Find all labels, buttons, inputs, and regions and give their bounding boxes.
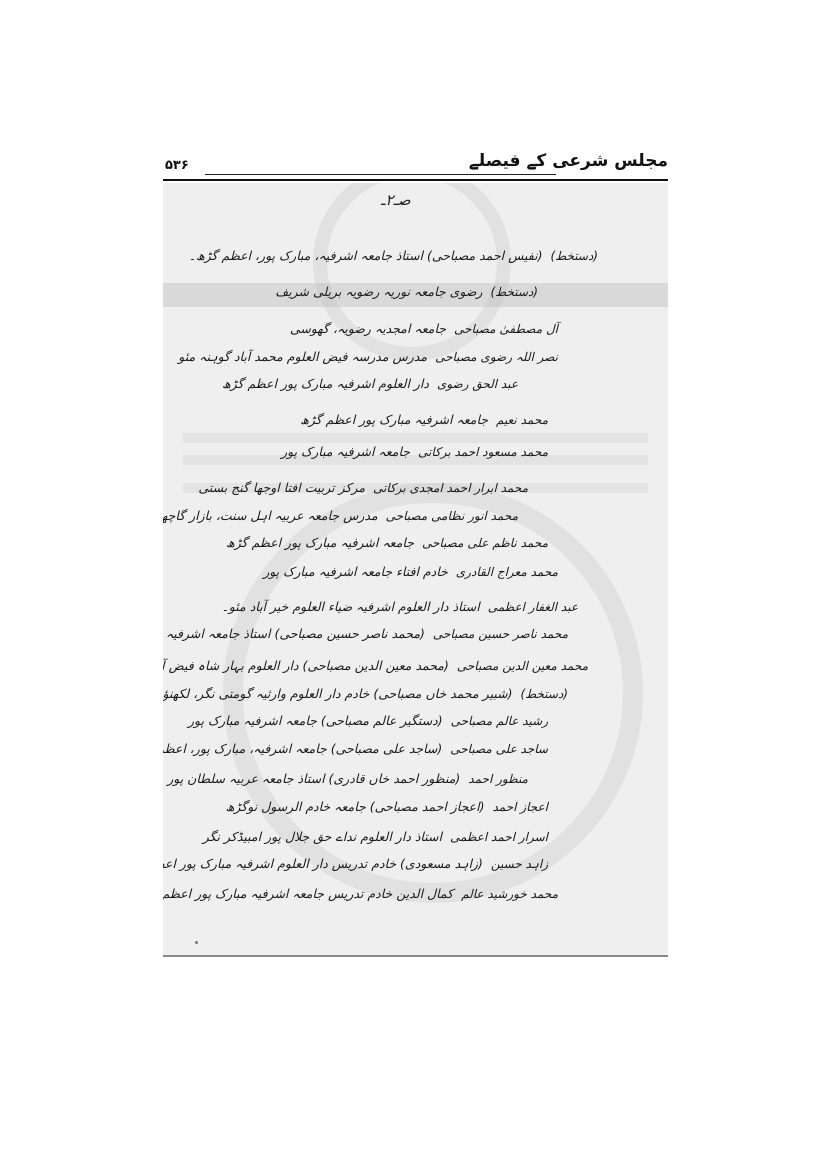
- signatory-name: محمد مسعود احمد برکاتی: [418, 445, 548, 459]
- signature-entry: اعجاز احمد(اعجاز احمد مصباحی) جامعہ خادم…: [163, 796, 668, 815]
- signature-entry: محمد ابرار احمد امجدی برکاتیمرکز تربیت ا…: [163, 477, 668, 496]
- signatory-affiliation: (منظور احمد خاں قادری) استاذ جامعہ عربیہ…: [167, 771, 460, 786]
- signature-entry: ساجد علی مصباحی(ساجد علی مصباحی) جامعہ ا…: [163, 738, 668, 757]
- signatory-affiliation: خادم افتاء جامعہ اشرفیہ مبارک پور: [263, 564, 448, 579]
- signatory-name: اسرار احمد اعظمی: [450, 830, 548, 844]
- serial-mark: صـ۲ـ: [381, 191, 411, 209]
- signatory-name: محمد ناصر حسین مصباحی: [433, 627, 568, 641]
- signature-entry: محمد مسعود احمد برکاتیجامعہ اشرفیہ مبارک…: [163, 441, 668, 460]
- signatory-affiliation: کمال الدین خادم تدریس جامعہ اشرفیہ مبارک…: [163, 886, 453, 901]
- signatory-affiliation: (اعجاز احمد مصباحی) جامعہ خادم الرسول نو…: [226, 799, 485, 814]
- signatory-affiliation: استاذ دار العلوم اشرفیہ ضیاء العلوم خیر …: [221, 599, 479, 614]
- signatory-name: عبد الحق رضوی: [437, 377, 518, 391]
- signature-entry: محمد معراج القادریخادم افتاء جامعہ اشرفی…: [163, 561, 668, 580]
- page-header: مجلس شرعی کے فیصلے ۵۳۶: [163, 148, 668, 178]
- page-number: ۵۳۶: [165, 158, 189, 173]
- signatory-affiliation: مدرس مدرسہ فیض العلوم محمد آباد گوہنہ مئ…: [178, 349, 427, 364]
- signature-entry: (دستخط)رضوی جامعہ نوریہ رضویہ بریلی شریف: [163, 281, 668, 300]
- signatory-affiliation: (ساجد علی مصباحی) جامعہ اشرفیہ، مبارک پو…: [163, 741, 442, 756]
- signatory-name: محمد نعیم: [496, 413, 548, 427]
- signatory-name: ساجد علی مصباحی: [450, 742, 548, 756]
- signatory-affiliation: (شبیر محمد خاں مصباحی) خادم دار العلوم و…: [163, 686, 512, 701]
- signature-entry: محمد خورشید عالمکمال الدین خادم تدریس جا…: [163, 883, 668, 902]
- signatory-affiliation: (محمد معین الدین مصباحی) دار العلوم بہار…: [163, 658, 449, 673]
- signatory-name: رشید عالم مصباحی: [451, 714, 548, 728]
- signature-entry: زاہد حسین(زاہد مسعودی) خادم تدریس دار ال…: [163, 853, 668, 872]
- signatory-affiliation: جامعہ اشرفیہ مبارک پور اعظم گڑھ: [226, 535, 414, 550]
- signatory-affiliation: دار العلوم اشرفیہ مبارک پور اعظم گڑھ: [222, 376, 429, 391]
- signatory-affiliation: جامعہ اشرفیہ مبارک پور: [281, 444, 410, 459]
- signature-entry: منظور احمد(منظور احمد خاں قادری) استاذ ج…: [163, 768, 668, 787]
- signatory-name: (دستخط): [490, 285, 538, 299]
- signature-entry: محمد ناظم علی مصباحیجامعہ اشرفیہ مبارک پ…: [163, 532, 668, 551]
- signatory-name: محمد انور نظامی مصباحی: [386, 509, 518, 523]
- signatory-name: زاہد حسین: [491, 857, 548, 871]
- signatory-affiliation: مدرس جامعہ عربیہ اہل سنت، بازار گاچھ: [163, 508, 378, 523]
- signature-entry: محمد نعیمجامعہ اشرفیہ مبارک پور اعظم گڑھ: [163, 409, 668, 428]
- signatory-affiliation: جامعہ اشرفیہ مبارک پور اعظم گڑھ: [300, 412, 488, 427]
- signature-entry: (دستخط)(شبیر محمد خاں مصباحی) خادم دار ا…: [163, 683, 668, 702]
- book-title: مجلس شرعی کے فیصلے: [469, 150, 668, 171]
- scan-speck: [195, 941, 198, 944]
- signatory-affiliation: (محمد ناصر حسین مصباحی) استاذ جامعہ اشرف…: [163, 626, 425, 641]
- signatory-name: محمد معراج القادری: [456, 565, 558, 579]
- signatory-affiliation: رضوی جامعہ نوریہ رضویہ بریلی شریف: [275, 284, 482, 299]
- signature-entry: محمد ناصر حسین مصباحی(محمد ناصر حسین مصب…: [163, 623, 668, 642]
- signature-entry: محمد معین الدین مصباحی(محمد معین الدین م…: [163, 655, 668, 674]
- scanned-document: صـ۲ـ (دستخط)(نفیس احمد مصباحی) استاذ جام…: [163, 183, 668, 957]
- signature-entry: محمد انور نظامی مصباحیمدرس جامعہ عربیہ ا…: [163, 505, 668, 524]
- signature-entry: آل مصطفیٰ مصباحیجامعہ امجدیہ رضویہ، گھوس…: [163, 318, 668, 337]
- header-rule: [163, 179, 668, 181]
- signatory-name: عبد الغفار اعظمی: [488, 600, 578, 614]
- signature-entry: عبد الحق رضویدار العلوم اشرفیہ مبارک پور…: [163, 373, 668, 392]
- signature-entry: عبد الغفار اعظمیاستاذ دار العلوم اشرفیہ …: [163, 596, 668, 615]
- signatory-name: آل مصطفیٰ مصباحی: [454, 322, 558, 336]
- signatory-name: اعجاز احمد: [493, 800, 549, 814]
- signatory-affiliation: (نفیس احمد مصباحی) استاذ جامعہ اشرفیہ، م…: [189, 248, 543, 263]
- signatory-name: محمد ناظم علی مصباحی: [422, 536, 548, 550]
- signature-entry: اسرار احمد اعظمیاستاذ دار العلوم نداے حق…: [163, 826, 668, 845]
- header-line: [205, 174, 556, 175]
- signatory-name: محمد خورشید عالم: [461, 887, 558, 901]
- signature-entry: رشید عالم مصباحی(دستگیر عالم مصباحی) جام…: [163, 710, 668, 729]
- signatory-name: (دستخط): [520, 687, 568, 701]
- signatory-name: محمد معین الدین مصباحی: [457, 659, 588, 673]
- signatory-name: منظور احمد: [468, 772, 528, 786]
- signatory-affiliation: (زاہد مسعودی) خادم تدریس دار العلوم اشرف…: [163, 856, 483, 871]
- signatory-name: محمد ابرار احمد امجدی برکاتی: [373, 481, 528, 495]
- signatory-affiliation: مرکز تربیت افتا اوجھا گنج بستی: [198, 480, 365, 495]
- signatory-name: (دستخط): [550, 249, 598, 263]
- signatory-affiliation: (دستگیر عالم مصباحی) جامعہ اشرفیہ مبارک …: [188, 713, 443, 728]
- signature-entry: نصر اللہ رضوی مصباحیمدرس مدرسہ فیض العلو…: [163, 346, 668, 365]
- signatory-affiliation: استاذ دار العلوم نداے حق جلال پور امبیڈک…: [203, 829, 442, 844]
- signatory-name: نصر اللہ رضوی مصباحی: [435, 350, 558, 364]
- signatory-affiliation: جامعہ امجدیہ رضویہ، گھوسی: [290, 321, 446, 336]
- signature-entry: (دستخط)(نفیس احمد مصباحی) استاذ جامعہ اش…: [163, 245, 668, 264]
